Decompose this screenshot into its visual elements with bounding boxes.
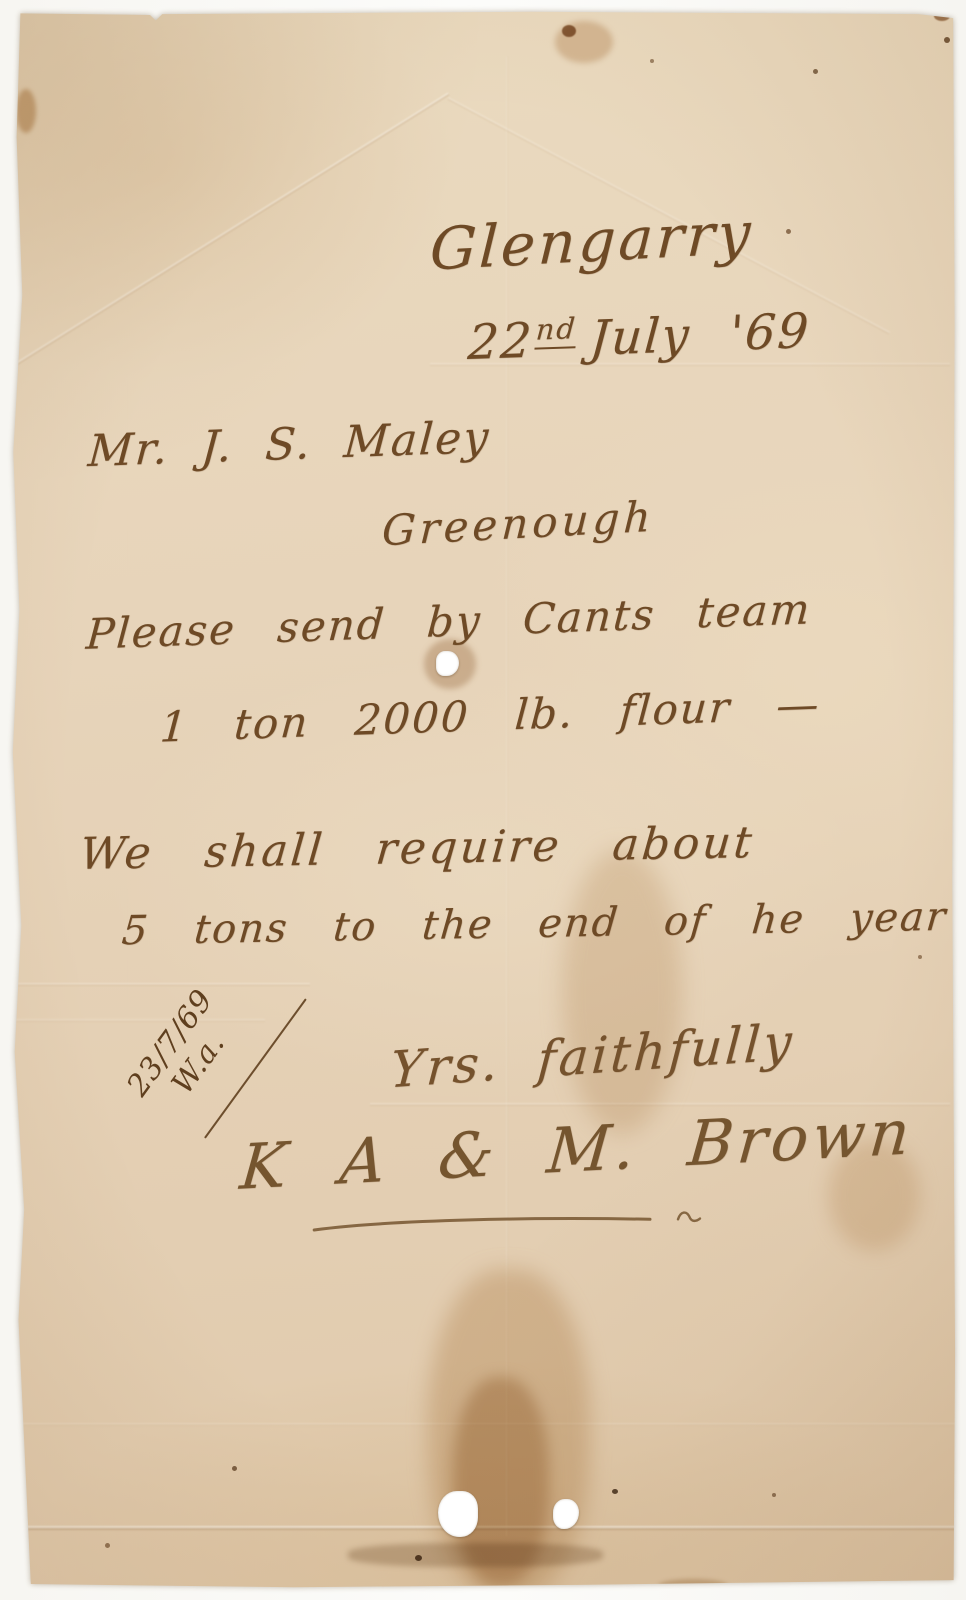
date-day: 22 (466, 313, 535, 371)
letter-body-line: Please send by Cants team (85, 584, 814, 658)
letter-recipient-name: Mr. J. S. Maley (86, 412, 492, 477)
foxing-dot (813, 69, 818, 74)
letter-signature: K A & M. Brown (237, 1095, 916, 1204)
foxing-dot (772, 1493, 776, 1497)
letter-recipient-place: Greenough (381, 492, 656, 555)
foxing-dot (562, 25, 576, 37)
signature-underline-flourish (310, 1204, 721, 1240)
stain (658, 1579, 728, 1593)
letter-paper: Glengarry 22ndJuly '69 Mr. J. S. Maley G… (10, 11, 956, 1588)
foxing-dot (650, 59, 654, 63)
fold-crease (10, 1423, 956, 1426)
stain (555, 21, 613, 63)
punch-hole (438, 1491, 478, 1537)
foxing-dot (105, 1543, 110, 1548)
letter-closing: Yrs. faithfully (388, 1013, 796, 1100)
date-month-year: July '69 (588, 303, 812, 367)
stain (348, 1543, 603, 1567)
punch-hole (436, 651, 459, 676)
letter-body-line: 5 tons to the end of he year (120, 894, 949, 954)
stain (16, 89, 36, 133)
water-stain (428, 1269, 590, 1599)
letter-paper-wrap: Glengarry 22ndJuly '69 Mr. J. S. Maley G… (10, 11, 956, 1588)
scanner-background: Glengarry 22ndJuly '69 Mr. J. S. Maley G… (0, 0, 966, 1600)
punch-hole (553, 1499, 579, 1529)
letter-date: 22ndJuly '69 (466, 303, 812, 371)
fold-crease (10, 1526, 956, 1530)
fold-crease (10, 983, 310, 986)
foxing-dot (918, 955, 922, 959)
foxing-dot (612, 1489, 618, 1494)
foxing-dot (934, 11, 950, 21)
date-ordinal: nd (535, 311, 579, 350)
letter-body-line: We shall require about (78, 817, 757, 880)
letter-place: Glengarry (428, 198, 755, 283)
docket-note: 23/7/69 W.a. (113, 973, 257, 1135)
foxing-dot (944, 37, 950, 43)
water-stain (453, 1377, 549, 1585)
foxing-dot (786, 229, 791, 234)
stain (562, 849, 682, 1134)
foxing-dot (232, 1466, 237, 1471)
fold-crease (5, 93, 449, 372)
foxing-dot (415, 1555, 422, 1561)
letter-body-line: 1 ton 2000 lb. flour — (158, 679, 822, 751)
